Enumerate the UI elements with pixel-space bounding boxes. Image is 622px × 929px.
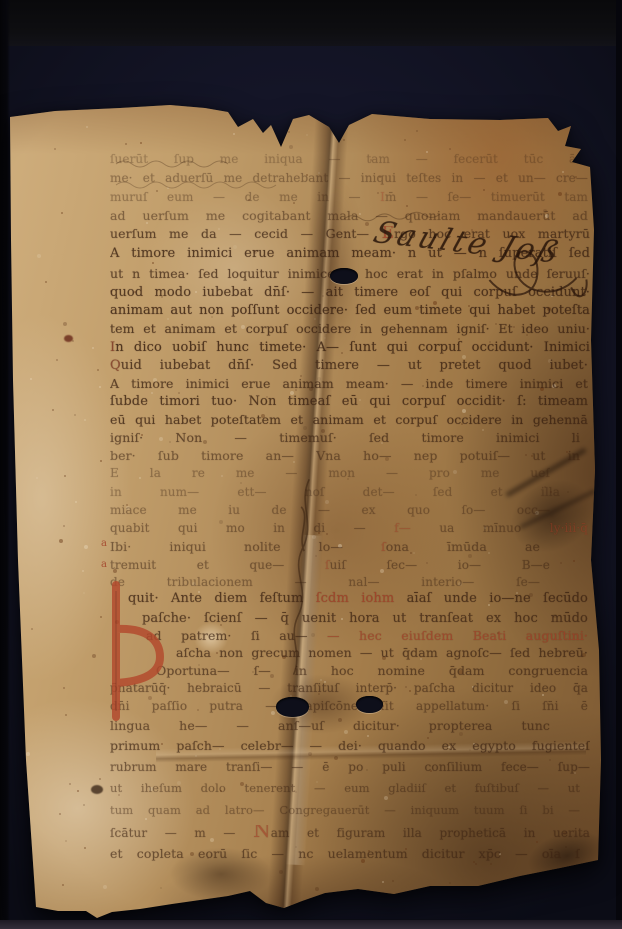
ink-text-segment: igniſ· Non — timemuſ· ſed timore inimici… xyxy=(110,430,580,445)
ink-text-segment: de tribulacionem — nal— interio— ſe— xyxy=(110,575,540,589)
parchment-hole xyxy=(276,697,309,717)
text-line: in num— ett— noſ det— ſed et illa xyxy=(110,485,560,502)
text-line: miace me iu de — ex quo ſo— occ— xyxy=(110,503,550,520)
text-line: ſubde timori tuo· Non timeaſ eū qui corp… xyxy=(110,394,588,411)
text-line: ber· ſub timore an— Vna ho— nep potuiſ— … xyxy=(110,448,580,465)
text-line: tum quam ad latro— Congregauerūt — iniqu… xyxy=(110,803,580,820)
ink-text-segment: am et figuram illa propheticā in uerita xyxy=(271,826,590,840)
ink-text-segment: tem et animam et corpuſ occidere in gehe… xyxy=(110,321,590,336)
parchment-speckle-texture-light xyxy=(6,105,8,107)
ink-text-segment: uid iubebat dn̄ſ· Sed timere — ut pretet… xyxy=(121,358,588,373)
ink-text-segment: quabit qui mo in di — xyxy=(110,521,394,535)
ink-text-segment: tum quam ad latro— Congregauerūt — iniqu… xyxy=(110,803,580,817)
ink-text-segment: paſche· ſcienſ — q̄ uenit hora ut tranſe… xyxy=(142,611,588,626)
ink-text-segment: Ibi· iniqui nolite lo— xyxy=(110,539,381,554)
ink-text-segment: primum paſch— celebr— — dei· quando ex e… xyxy=(110,738,590,753)
ink-text-segment: aſcha non grecum nomen — ut q̄dam agnoſc… xyxy=(176,645,588,660)
ink-text-segment: et copleta eorū ſic — nc uelamentum dici… xyxy=(110,846,580,861)
red-text-segment: ſcdm iohm xyxy=(316,591,395,606)
red-margin-mark: a xyxy=(101,538,107,549)
text-line: muruſ eum — de me in — Im̄ — ſe— timuerū… xyxy=(110,190,588,207)
red-text-segment: ly·iii·q̄ xyxy=(550,521,588,535)
ink-text-segment: n dico uobiſ hunc timete· A— ſunt qui co… xyxy=(115,340,590,355)
ink-text-segment: Oportuna— ſ— in hoc nomine q̄dam congrue… xyxy=(156,663,588,678)
ink-text-segment: ſubde timori tuo· Non timeaſ eū qui corp… xyxy=(110,394,588,409)
text-line: Quid iubebat dn̄ſ· Sed timere — ut prete… xyxy=(110,358,588,375)
text-line: Oportuna— ſ— in hoc nomine q̄dam congrue… xyxy=(156,663,588,680)
text-line: et copleta eorū ſic — nc uelamentum dici… xyxy=(110,846,580,863)
photo-top-band xyxy=(0,0,622,46)
text-line: tremuit et que— ſuiſ ſec— io— B—e xyxy=(110,558,550,575)
text-line: paſche· ſcienſ — q̄ uenit hora ut tranſe… xyxy=(142,611,588,628)
red-margin-mark: a xyxy=(101,559,107,570)
parchment-leaf: ſuerūt ſup me iniqua — tam — fecerūt tūc… xyxy=(6,105,606,923)
signature-flourish xyxy=(480,236,601,323)
parchment-leaf-wrapper: ſuerūt ſup me iniqua — tam — fecerūt tūc… xyxy=(6,105,606,923)
text-line: A timore inimici erue animam meam· — ind… xyxy=(110,376,588,393)
ink-text-segment: ber· ſub timore an— Vna ho— nep potuiſ— … xyxy=(110,448,580,463)
ink-text-segment: in num— ett— noſ det— ſed et illa xyxy=(110,485,560,499)
text-line: tem et animam et corpuſ occidere in gehe… xyxy=(110,321,590,338)
text-line: dn̄i paſſio putra — rapiſcōne ſit appell… xyxy=(110,699,588,716)
ink-text-segment: A timore inimici erue animam meam· — ind… xyxy=(110,376,588,391)
photo-bottom-band xyxy=(0,920,622,929)
ink-text-segment: p̄natarūq̄· hebraicū — tranſituſ interp̄… xyxy=(110,681,588,695)
ink-text-segment: eū qui habet poteſtatem et animam et cor… xyxy=(110,412,588,427)
text-line: rubrum mare tranſi— — ē po puli conſiliu… xyxy=(110,760,590,777)
text-line: ut iheſum dolo tenerent — eum gladiiſ et… xyxy=(110,781,580,798)
parchment-speckle-texture xyxy=(6,105,8,107)
text-line: Ibi· iniqui nolite lo— ſona īmūda ae xyxy=(110,539,540,556)
ink-text-segment: ſcātur — m — xyxy=(110,826,253,840)
initial-p xyxy=(106,581,170,723)
ink-text-segment: uerſum me da — cecid — Gent— xyxy=(110,226,382,241)
text-line: In dico uobiſ hunc timete· A— ſunt qui c… xyxy=(110,340,590,357)
red-text-segment: Q xyxy=(110,358,121,373)
text-line: ſcātur — m — Nam et figuram illa prophet… xyxy=(110,825,590,842)
ink-text-segment: ut iheſum dolo tenerent — eum gladiiſ et… xyxy=(110,781,580,795)
text-line: eū qui habet poteſtatem et animam et cor… xyxy=(110,412,588,429)
parchment-hole xyxy=(356,696,383,713)
red-text-segment: N xyxy=(253,825,271,842)
ink-text-segment: aīaſ unde io—ne ſecūdo xyxy=(394,591,588,606)
ink-text-segment: rubrum mare tranſi— — ē po puli conſiliu… xyxy=(110,760,590,774)
ink-text-segment: miace me iu de — ex quo ſo— occ— xyxy=(110,503,550,517)
ink-text-segment: E la re me — mon — pro me ueſ xyxy=(110,466,550,480)
text-line: de tribulacionem — nal— interio— ſe— xyxy=(110,575,540,592)
ink-text-segment: ona īmūda ae xyxy=(386,539,540,554)
ink-text-segment: muruſ eum — de me in — xyxy=(110,190,380,204)
ink-text-segment: uiſ ſec— io— B—e xyxy=(330,558,550,572)
interlinear-scribble xyxy=(114,159,244,169)
red-text-segment: — hec eiuſdem Beati auguſtini· xyxy=(327,628,588,643)
text-line: primum paſch— celebr— — dei· quando ex e… xyxy=(110,738,590,755)
text-line: quabit qui mo in di — f— ua mīnuo ly·iii… xyxy=(110,521,588,538)
text-line: p̄natarūq̄· hebraicū — tranſituſ interp̄… xyxy=(110,681,588,698)
text-line: ad patrem· ſi au— — hec eiuſdem Beati au… xyxy=(146,628,588,645)
ink-text-segment: dn̄i paſſio putra — rapiſcōne ſit appell… xyxy=(110,699,588,713)
ink-text-segment: m̄ — ſe— timuerūt tam xyxy=(385,190,588,204)
ink-text-segment: lingua he— — anſ—uſ dicitur· propterea t… xyxy=(110,718,550,733)
photograph: ſuerūt ſup me iniqua — tam — fecerūt tūc… xyxy=(0,0,622,929)
parchment-hole xyxy=(330,268,358,284)
red-text-segment: f— xyxy=(394,521,411,535)
text-line: lingua he— — anſ—uſ dicitur· propterea t… xyxy=(110,718,550,735)
text-line: aſcha non grecum nomen — ut q̄dam agnoſc… xyxy=(176,645,588,662)
text-line: E la re me — mon — pro me ueſ xyxy=(110,466,550,483)
photo-right-edge-shadow xyxy=(616,0,622,929)
ink-text-segment: ua mīnuo xyxy=(411,521,550,535)
text-line: igniſ· Non — timemuſ· ſed timore inimici… xyxy=(110,430,580,447)
interlinear-scribble xyxy=(114,180,284,190)
text-line: quit· Ante diem feſtum ſcdm iohm aīaſ un… xyxy=(128,591,588,608)
